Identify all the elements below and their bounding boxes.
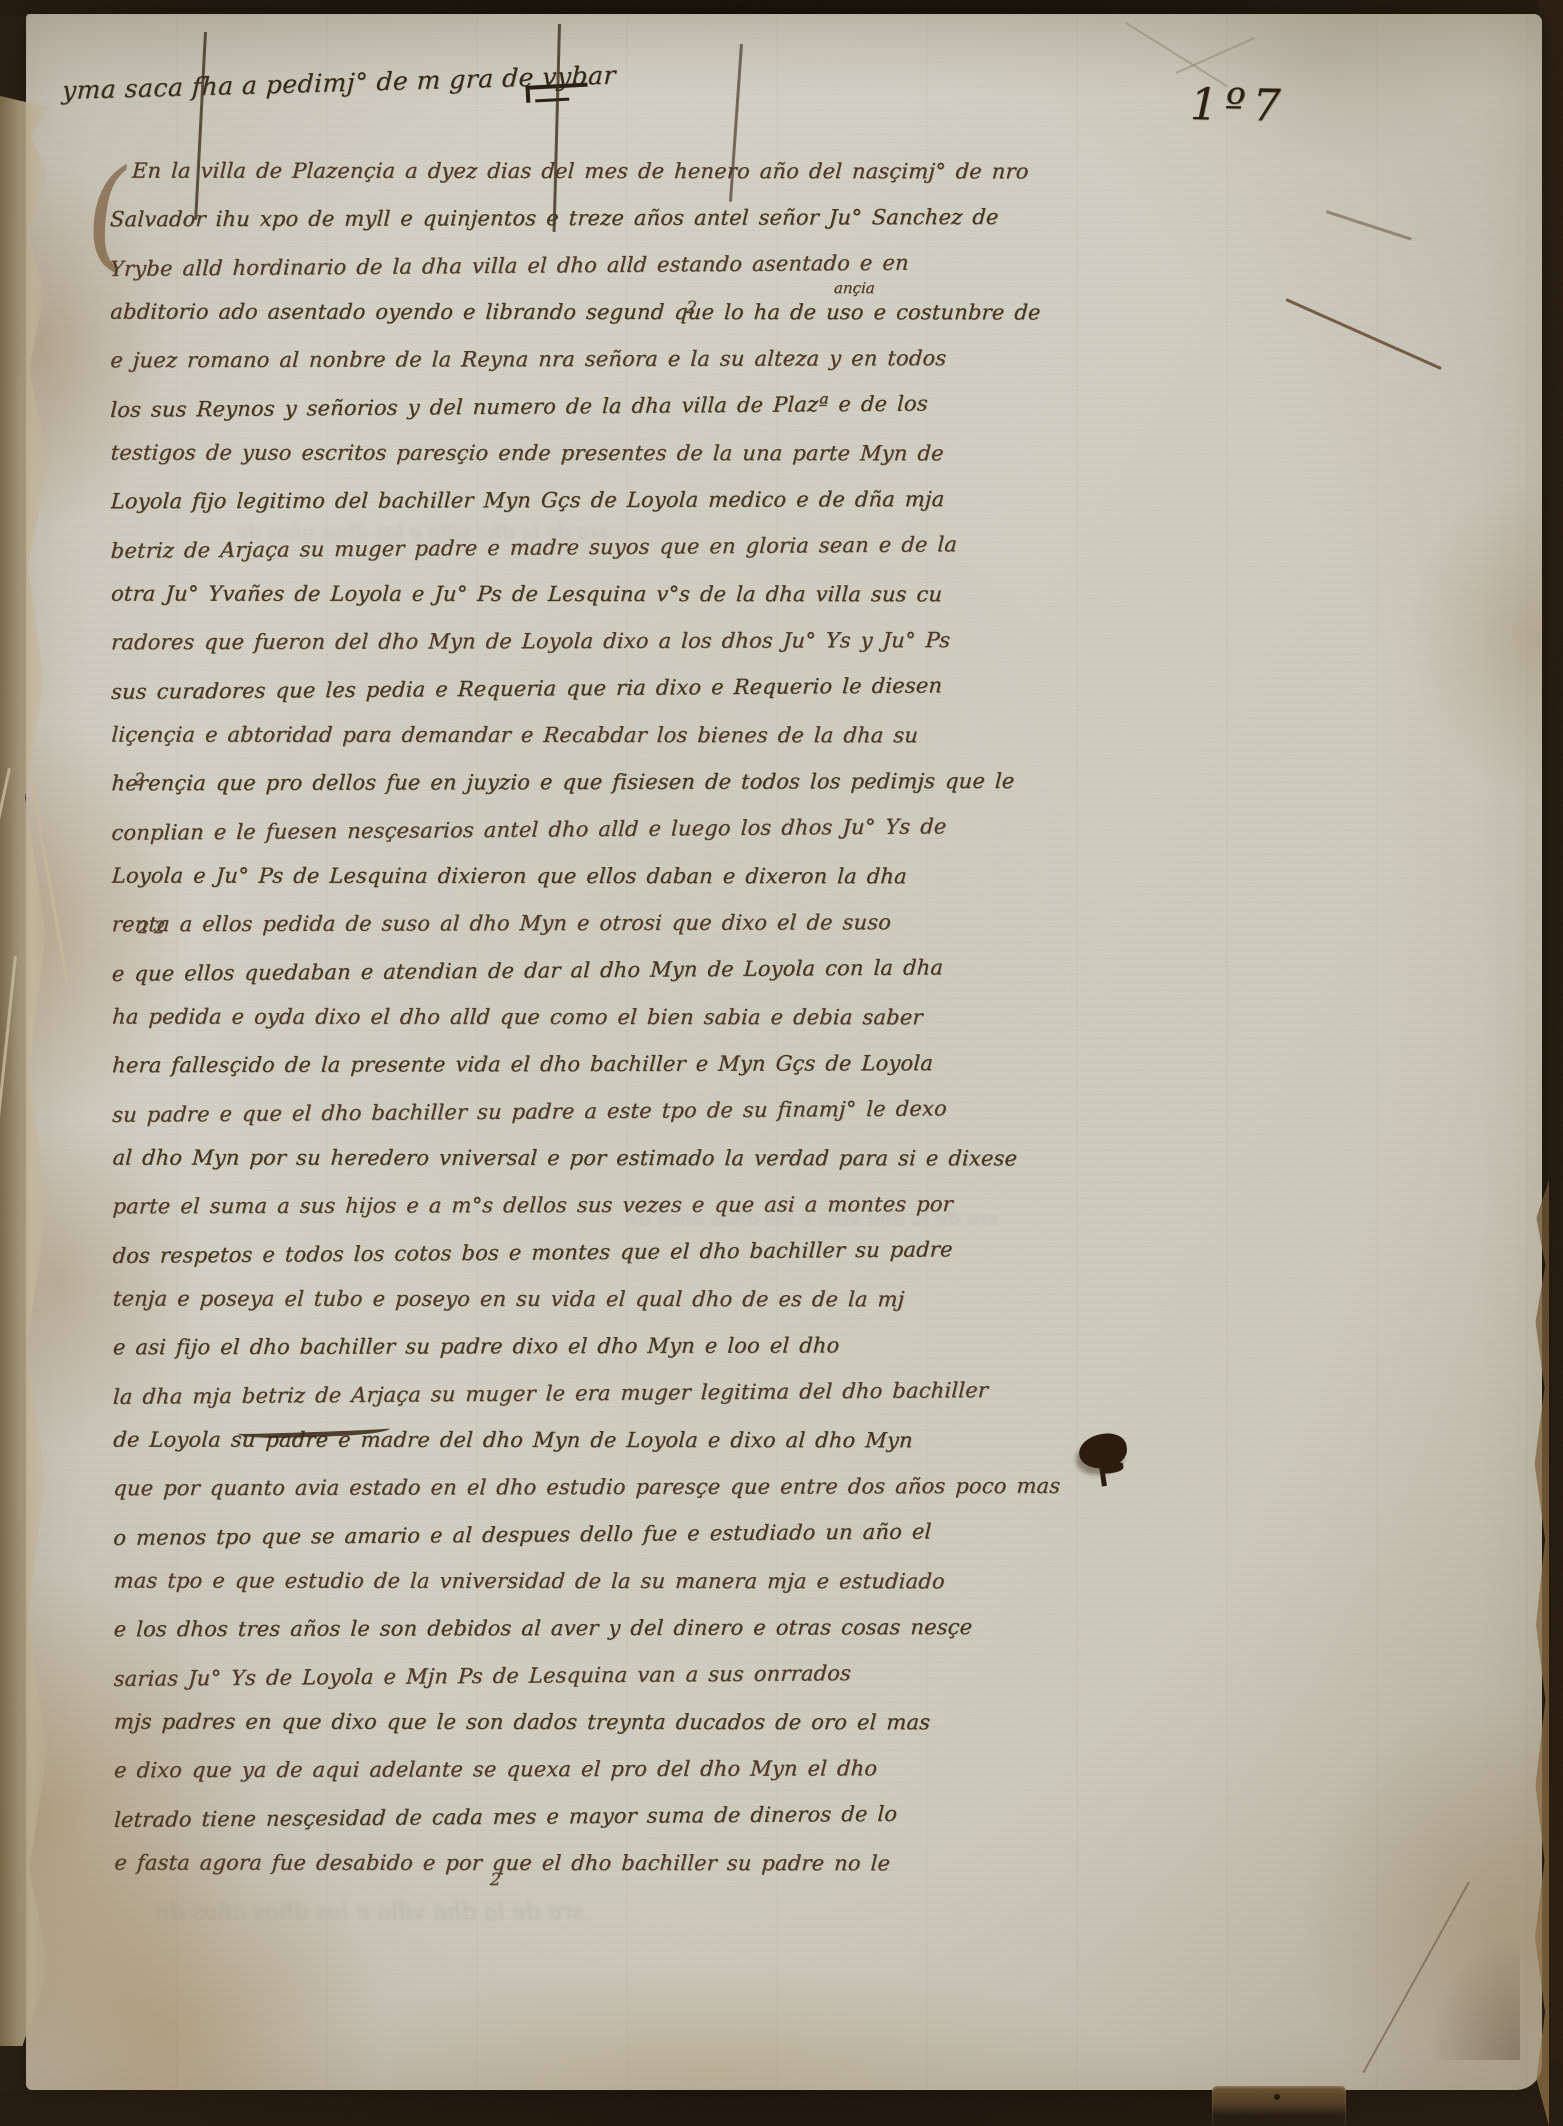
manuscript-line: al dho Myn por su heredero vniversal e p… — [111, 1137, 1105, 1185]
manuscript-line: e dixo que ya de aqui adelante se quexa … — [113, 1747, 1107, 1797]
manuscript-line: o menos tpo que se amario e al despues d… — [112, 1509, 1106, 1564]
manuscript-line: e fasta agora fue desabido e por que el … — [113, 1842, 1106, 1890]
manuscript-line: conplian e le fuesen nesçesarios antel d… — [110, 804, 1104, 859]
manuscript-line: e asi fijo el dho bachiller su padre dix… — [112, 1324, 1106, 1374]
manuscript-line: abditorio ado asentado oyendo e librando… — [110, 291, 1104, 339]
header-annotation: yma saca fha a pedimj° de m gra de vybar — [61, 64, 492, 106]
manuscript-line: radores que fueron del dho Myn de Loyola… — [110, 619, 1104, 669]
margin-flourish — [1285, 298, 1442, 370]
manuscript-line: sarias Ju° Ys de Loyola e Mjn Ps de Lesq… — [113, 1650, 1107, 1705]
manuscript-line: que por quanto avia estado en el dho est… — [112, 1465, 1106, 1515]
manuscript-line: los sus Reynos y señorios y del numero d… — [110, 381, 1104, 436]
fold-mark — [1176, 37, 1255, 74]
manuscript-line: betriz de Arjaça su muger padre e madre … — [110, 522, 1104, 577]
manuscript-line: En la villa de Plazençia a dyez dias del… — [110, 150, 1103, 198]
binding-thread — [0, 956, 17, 1127]
manuscript-line: liçençia e abtoridad para demandar e Rec… — [110, 714, 1104, 762]
margin-mark: 2 — [133, 772, 145, 789]
manuscript-line: herençia que pro dellos fue en juyzio e … — [110, 760, 1104, 810]
manuscript-page: yma saca fha a pedimj° de m gra de vybar… — [26, 14, 1542, 2090]
text-block: En la villa de Plazençia a dyez dias del… — [110, 149, 1107, 1912]
manuscript-line: mas tpo e que estudio de la vniversidad … — [112, 1560, 1106, 1608]
folio-number: 1º7 — [1190, 83, 1288, 129]
interlinear-insertion: ançia — [833, 280, 875, 297]
margin-mark: 2 — [489, 1872, 501, 1889]
manuscript-line: letrado tiene nesçesidad de cada mes e m… — [113, 1791, 1106, 1846]
margin-flourish — [1326, 210, 1413, 241]
manuscript-line: e los dhos tres años le son debidos al a… — [112, 1606, 1106, 1656]
manuscript-line: otra Ju° Yvañes de Loyola e Ju° Ps de Le… — [110, 573, 1104, 621]
manuscript-line: tenja e poseya el tubo e poseyo en su vi… — [112, 1278, 1106, 1326]
manuscript-line: parte el suma a sus hijos e a m°s dellos… — [111, 1183, 1105, 1233]
binding-thread — [0, 768, 11, 956]
notarial-mark-icon — [525, 82, 596, 108]
margin-mark: 2 2 — [137, 920, 165, 937]
manuscript-line: mjs padres en que dixo que le son dados … — [113, 1701, 1107, 1749]
manuscript-line: e juez romano al nonbre de la Reyna nra … — [110, 337, 1104, 387]
manuscript-line: Yrybe alld hordinario de la dha villa el… — [110, 240, 1103, 295]
manuscript-line: Loyola e Ju° Ps de Lesquina dixieron que… — [110, 855, 1104, 903]
manuscript-line: hera fallesçido de la presente vida el d… — [111, 1042, 1105, 1092]
manuscript-line: renta a ellos pedida de suso al dho Myn … — [111, 901, 1105, 951]
manuscript-line: Loyola fijo legitimo del bachiller Myn G… — [110, 478, 1104, 528]
manuscript-line: ha pedida e oyda dixo el dho alld que co… — [111, 996, 1105, 1044]
manuscript-line: e que ellos quedaban e atendian de dar a… — [111, 945, 1105, 1000]
manuscript-line: dos respetos e todos los cotos bos e mon… — [111, 1227, 1105, 1282]
crease-line — [1362, 1882, 1469, 2074]
manuscript-line: testigos de yuso escritos paresçio ende … — [110, 432, 1104, 480]
manuscript-line: su padre e que el dho bachiller su padre… — [111, 1086, 1105, 1141]
manuscript-line: la dha mja betriz de Arjaça su muger le … — [112, 1368, 1106, 1423]
page-marker-tab — [1212, 2086, 1346, 2126]
manuscript-photo: { "document": { "folio_number": "107", "… — [0, 0, 1563, 2126]
manuscript-line: Salvador ihu xpo de myll e quinjentos e … — [110, 196, 1103, 246]
tab-hole — [1274, 2094, 1280, 2100]
margin-mark: 2 — [685, 300, 697, 317]
manuscript-line: sus curadores que les pedia e Requeria q… — [110, 663, 1104, 718]
